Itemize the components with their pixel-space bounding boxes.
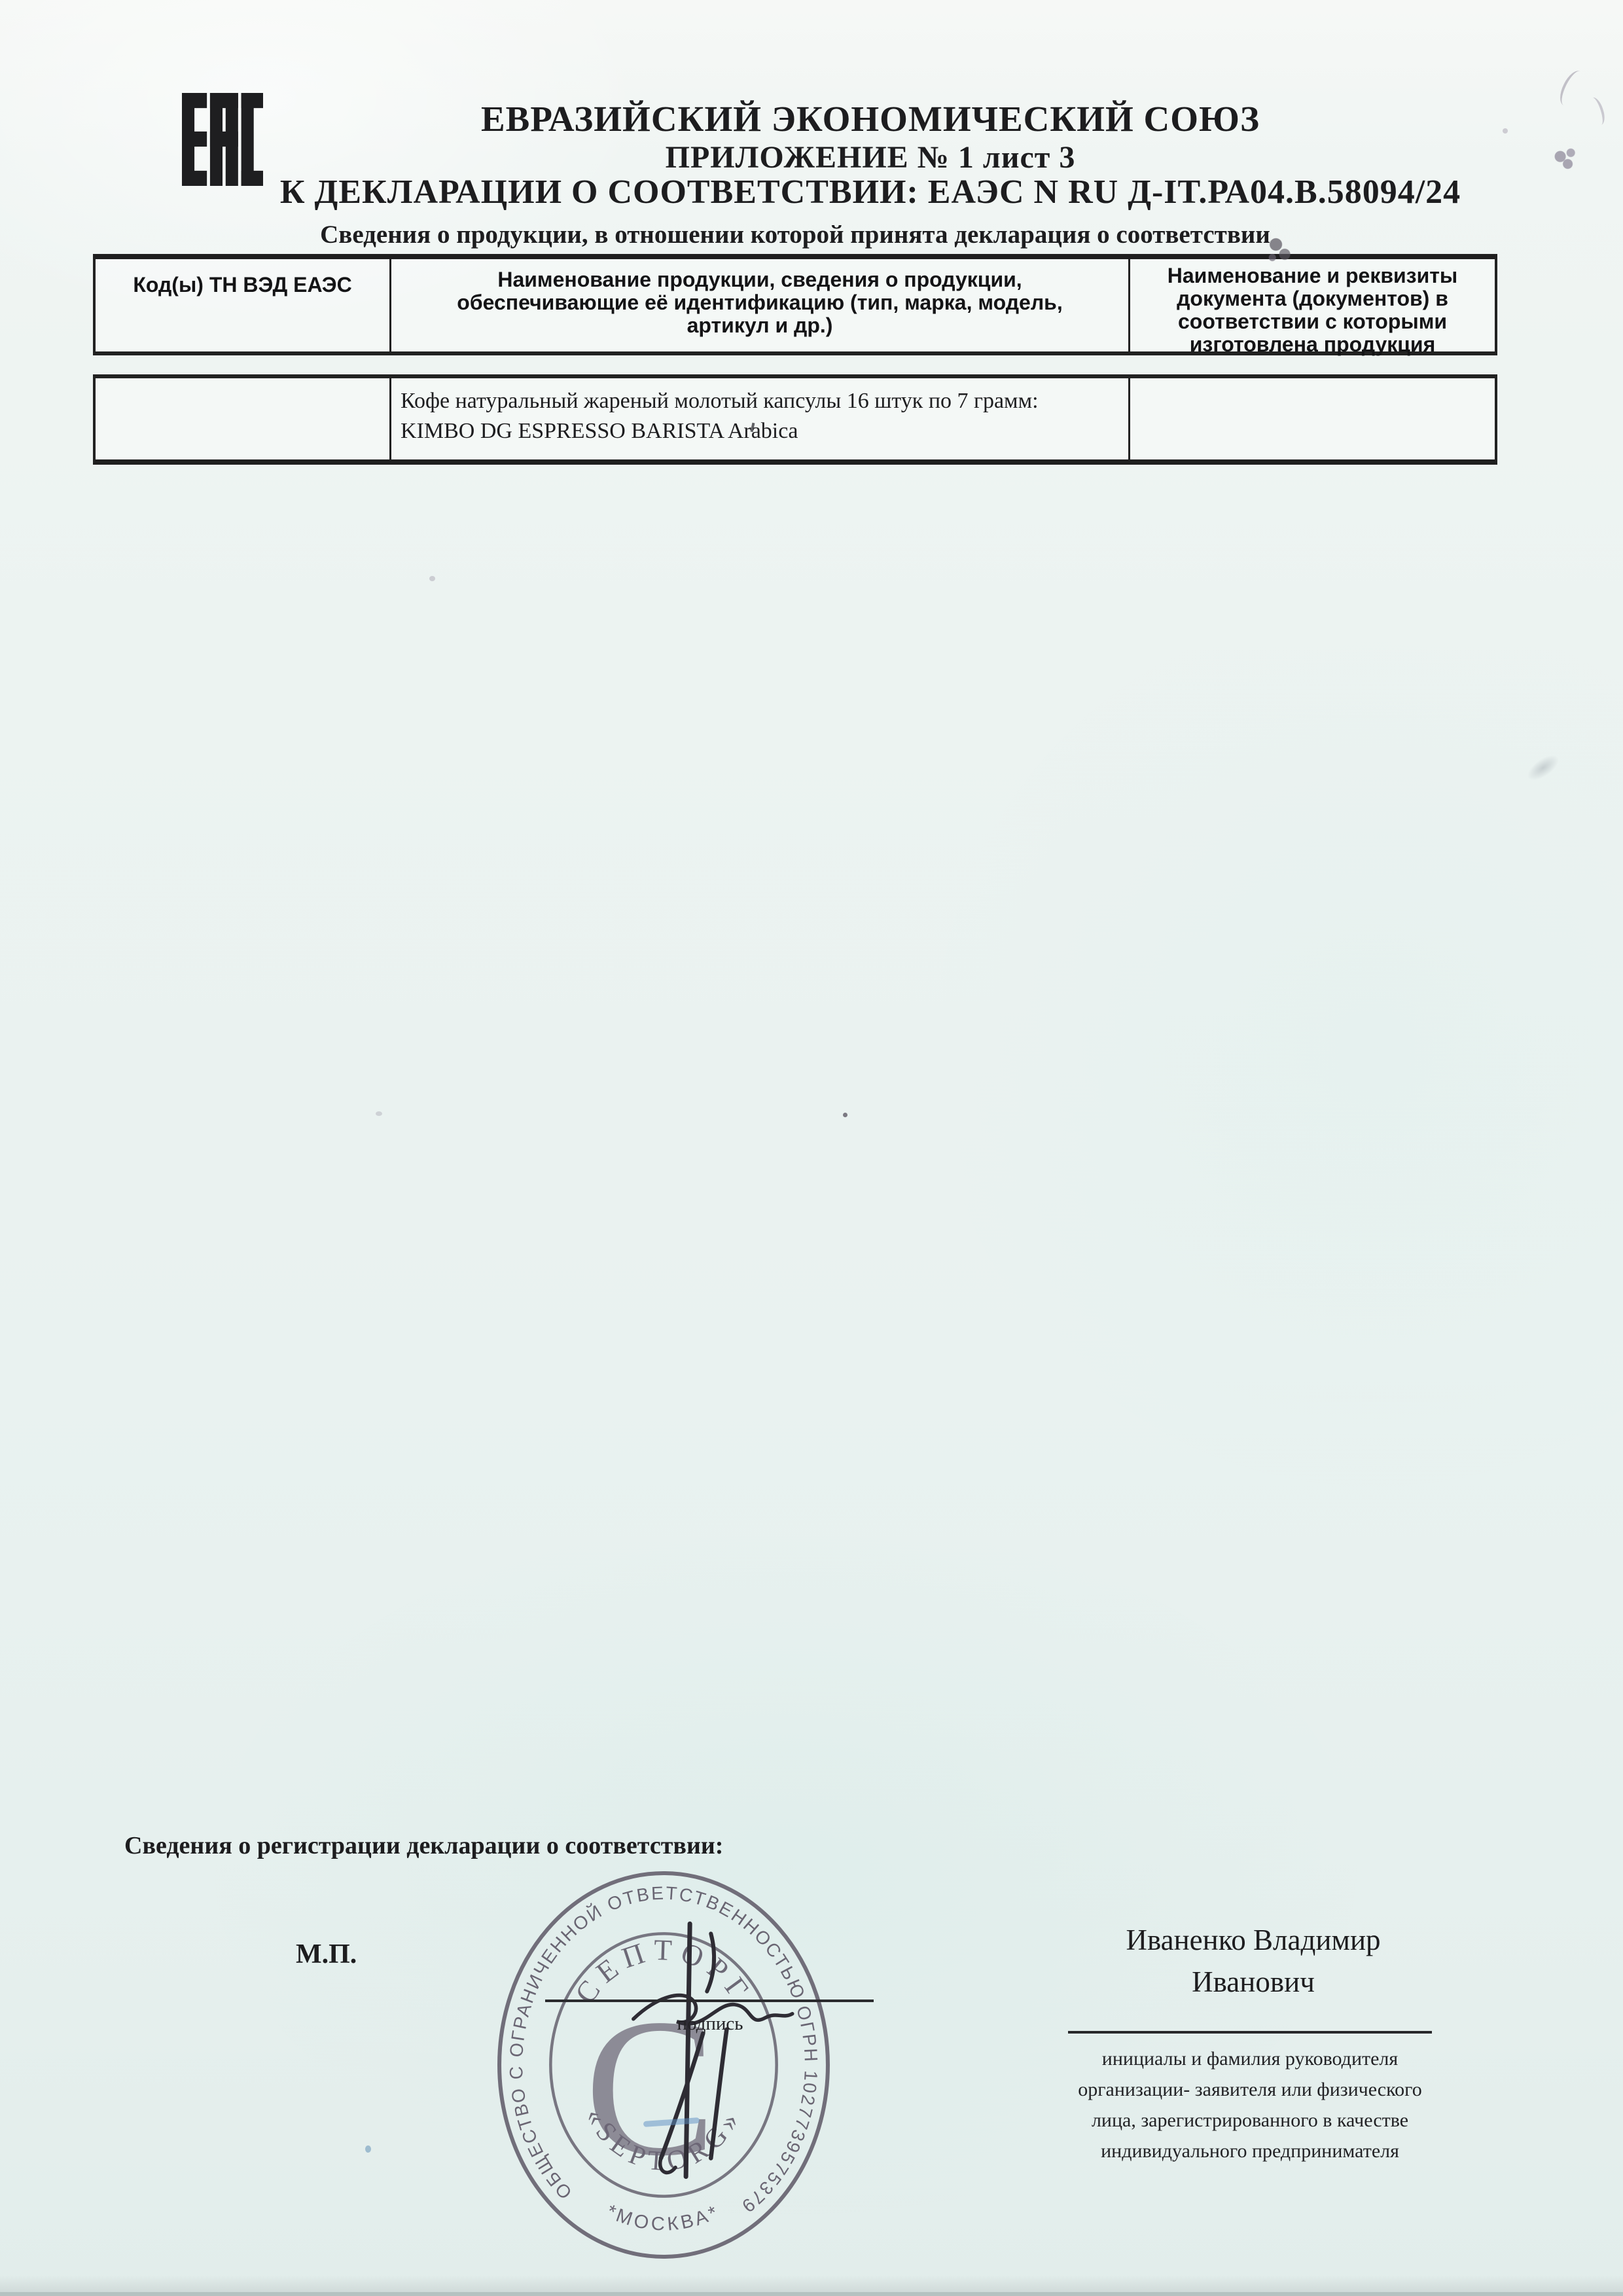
signature-caption: подпись [612,2013,808,2035]
stamp-city-text: *МОСКВА* [603,2201,724,2235]
product-table-header: Код(ы) ТН ВЭД ЕАЭС Наименование продукци… [93,254,1497,355]
signature-line [545,2000,874,2002]
scan-artifact [429,576,435,581]
column-header-product: Наименование продукции, сведения о проду… [391,259,1128,337]
scan-smudge [231,1669,265,1700]
head-name-caption: инициалы и фамилия руководителя организа… [1050,2043,1450,2166]
company-round-stamp: ОБЩЕСТВО С ОГРАНИЧЕННОЙ ОТВЕТСТВЕННОСТЬЮ… [493,1868,834,2262]
scan-bottom-edge [0,2292,1623,2296]
column-header-code: Код(ы) ТН ВЭД ЕАЭС [96,259,389,296]
registration-heading: Сведения о регистрации декларации о соот… [124,1831,723,1860]
scan-artifact [843,1113,847,1117]
products-subtitle: Сведения о продукции, в отношении которо… [93,220,1497,249]
declaration-number-title: К ДЕКЛАРАЦИИ О СООТВЕТСТВИИ: ЕАЭС N RU Д… [151,173,1590,211]
document-page: ЕВРАЗИЙСКИЙ ЭКОНОМИЧЕСКИЙ СОЮЗ ПРИЛОЖЕНИ… [0,0,1623,2296]
scan-artifact [376,1111,382,1116]
head-name: Иваненко Владимир Иванович [1067,1919,1440,2003]
pen-mark-blue [365,2145,371,2153]
svg-text:*МОСКВА*: *МОСКВА* [603,2201,724,2235]
union-title: ЕВРАЗИЙСКИЙ ЭКОНОМИЧЕСКИЙ СОЮЗ [151,98,1590,139]
stamp-place-label: М.П. [296,1939,357,1970]
product-table-row: Кофе натуральный жареный молотый капсулы… [93,374,1497,465]
column-header-documents: Наименование и реквизиты документа (доку… [1130,259,1495,356]
cell-product: Кофе натуральный жареный молотый капсулы… [391,378,1137,446]
scan-artifact [1524,750,1563,785]
appendix-title: ПРИЛОЖЕНИЕ № 1 лист 3 [151,139,1590,175]
head-name-rule [1068,2031,1432,2034]
scan-tint-patch [916,589,1623,1505]
